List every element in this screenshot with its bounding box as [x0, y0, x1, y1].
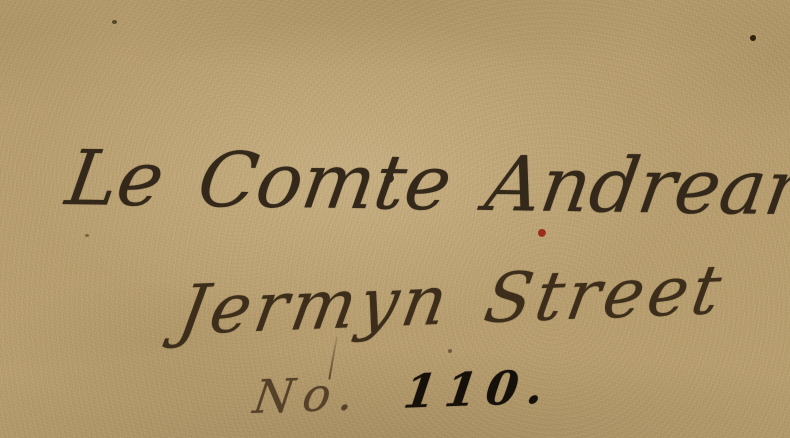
ink-speck-top-right — [750, 35, 756, 41]
manuscript-paper: Le Comte Andreani. Jermyn Street No. 110… — [0, 0, 790, 438]
ink-speck-bottom-mid — [448, 349, 452, 353]
handwritten-line-street: Jermyn Street — [174, 257, 730, 346]
house-number-prefix-text: No. — [250, 366, 366, 424]
red-ink-dot — [538, 229, 546, 237]
handwritten-line-number: No. 110. — [251, 363, 556, 420]
ink-speck-top-left — [112, 20, 117, 24]
street-text: Jermyn Street — [173, 251, 731, 351]
ink-speck-mid-left — [85, 234, 89, 237]
house-number-value-text: 110. — [400, 359, 556, 418]
handwritten-line-name: Le Comte Andreani. — [62, 140, 790, 227]
addressee-name-text: Le Comte Andreani. — [61, 133, 790, 233]
